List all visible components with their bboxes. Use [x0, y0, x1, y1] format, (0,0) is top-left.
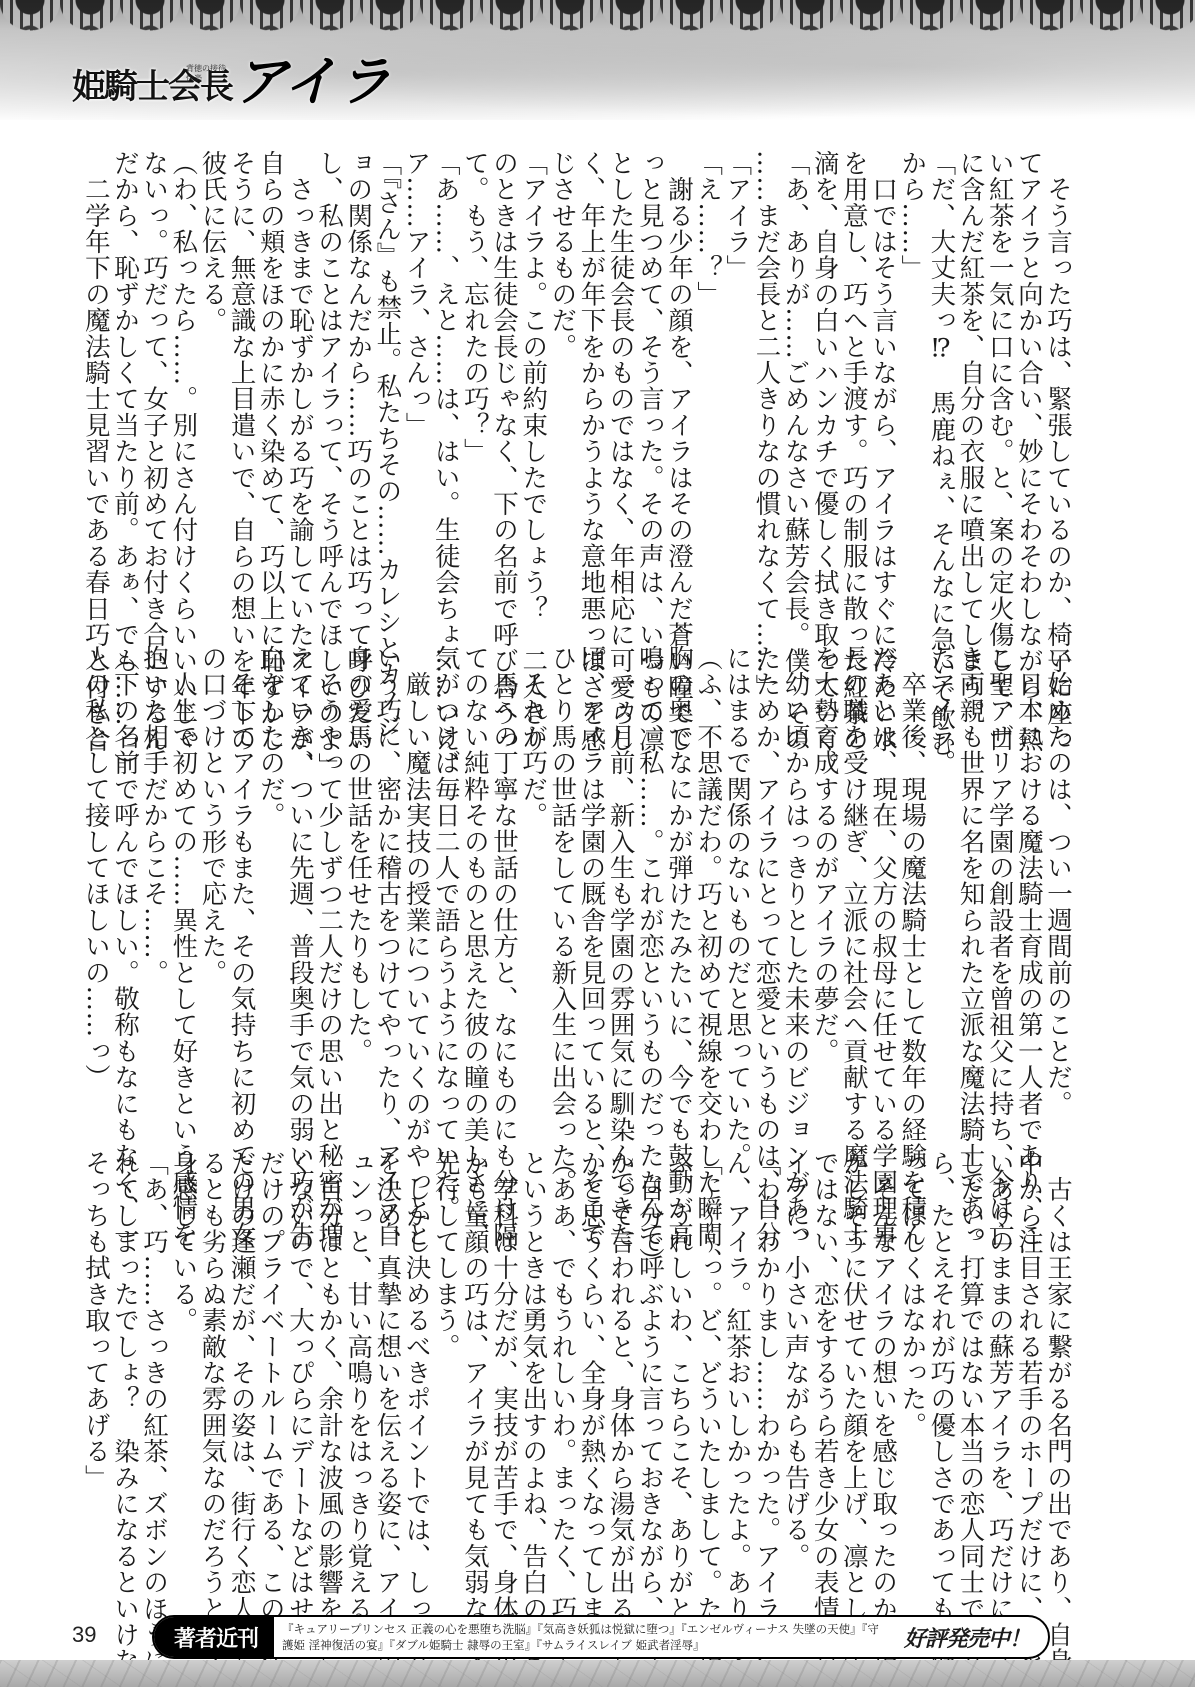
text-line: 自らの頬をほのかに赤く染めて、巧以上に恥ずかし	[256, 150, 285, 600]
text-line: 抱いた相手だからこそ……。	[139, 645, 168, 1095]
text-line: だけのプライベートルームである、この生徒会長室	[256, 1150, 285, 1600]
text-tier-3: 古くは王家に繋がる名門の出であり、自身も日本中から注目される若手のホープだけに、…	[72, 1150, 1072, 1600]
text-line: 胸の奥でなにかが弾けたみたいに、今でも鼓動が高	[664, 645, 693, 1095]
text-line: 「〜〜〜っ。ど、どういたしまして。た、巧。ふ	[693, 1150, 722, 1600]
text-line: そっちも拭き取ってあげる」	[81, 1150, 110, 1600]
text-line: 日本における魔法騎士育成の第一人者であり、こ	[1014, 645, 1043, 1095]
text-line: 鳴って、私……。これが恋というものだったなんて）	[635, 645, 664, 1095]
text-tier-2: い始めたのは、つい一週間前のことだ。 日本における魔法騎士育成の第一人者であり、…	[72, 645, 1072, 1095]
text-line: い始めたのは、つい一週間前のことだ。	[1043, 645, 1072, 1095]
text-line: 一ヵ月前、新入生も学園の雰囲気に馴染んできた	[606, 645, 635, 1095]
text-line: かしそうに伏せていた顔を上げ、凛とした生徒会長	[839, 1150, 868, 1600]
text-line: それが巧だ。	[518, 645, 547, 1095]
text-line: ないっ。巧だって、女子と初めてお付き合いするん	[139, 150, 168, 600]
text-line: を決め、真摯に想いを伝える姿に、アイラの心がキ	[372, 1150, 401, 1600]
text-line: のときは生徒会長じゃなく、下の名前で呼び合うっ	[489, 150, 518, 600]
text-line: 二学年下の魔法騎士見習いである春日巧と付き合	[81, 150, 110, 600]
text-line: というときは勇気を出すのよね、告白のときも……）	[518, 1150, 547, 1600]
text-line: 馬への丁寧な世話の仕方と、なにものにも分け隔	[489, 645, 518, 1095]
text-line: ん、アイラ。紅茶おいしかったよ。ありがとう」	[722, 1150, 751, 1600]
text-line: から……」	[897, 150, 926, 600]
text-line: じさせるものだ。	[547, 150, 576, 600]
footer-texture	[0, 1660, 1195, 1687]
text-line: 「わ、わかりまし……わかった。アイラさ……うう	[751, 1150, 780, 1600]
text-line: ふ、うれしいわ、こちらこそ、ありがとう」	[664, 1150, 693, 1600]
text-line: 先行してしまう。	[431, 1150, 460, 1600]
text-line: たためか、アイラにとって恋愛というものは、自分	[751, 645, 780, 1095]
text-line: っと見つめて、そう言った。その声は、いつもの凛	[635, 150, 664, 600]
series-logo: 姫騎士会長 アイラ	[72, 38, 391, 108]
text-line: ではない、恋をするうら若き少女の表情を見せるア	[810, 1150, 839, 1600]
text-tier-1: そう言った巧は、緊張しているのか、椅子に座ってアイラと向かい合い、妙にそわそわし…	[72, 150, 1072, 600]
text-line: しかし決めるべきポイントでは、しっかりと覚悟	[401, 1150, 430, 1600]
banner-now-on-sale: 好評発売中！	[896, 1617, 1048, 1657]
text-line: き両親も世界に名を知られた立派な魔法騎士であっ	[955, 645, 984, 1095]
text-line: 自分で呼ぶように言っておきながら、いざ面と向	[635, 1150, 664, 1600]
text-line: ュンっと、甘い高鳴りをはっきり覚える。	[343, 1150, 372, 1600]
text-line: そうに、無意識な上目遣いで、自らの想いを年下の	[226, 150, 255, 600]
text-line: かも童顔の巧は、アイラが見ても気弱なイメージが	[460, 1150, 489, 1600]
text-line: ら、たとえそれが巧の優しさであっても、壁をつく	[926, 1150, 955, 1600]
text-line: 厳しい魔法実技の授業についていくのがやっとと	[401, 645, 430, 1095]
text-line: そうやって少しずつ二人だけの思い出と秘密が増	[314, 645, 343, 1095]
text-line: 「『さん』も禁止。私たちその……カレシとカノジ	[372, 150, 401, 600]
text-line: 人生で初めての……異性として好きという感情を	[168, 645, 197, 1095]
text-line: たアイラ。	[926, 645, 955, 1095]
text-line: くないので、大っぴらにデートなどはせず、アイラ	[285, 1150, 314, 1600]
text-line: そう言った巧は、緊張しているのか、椅子に座っ	[1043, 150, 1072, 600]
text-line: し、私のことはアイラって、そう呼んでほしいのよ」	[314, 150, 343, 600]
banner-titles-line-1: 『キュアリープリンセス 正義の心を悪堕ち洗脳』『気高き妖狐は悦獄に堕つ』『エンゼ…	[282, 1621, 888, 1637]
text-line: 卒業後、現場の魔法騎士として数年の経験を積ん	[897, 645, 926, 1095]
text-line: だけの逢瀬だが、その姿は、街行く恋人たちにも勝	[226, 1150, 255, 1600]
text-line: とした生徒会長のものではなく、年相応に可愛らし	[606, 150, 635, 600]
text-line: 身感じている。	[168, 1150, 197, 1600]
text-line: ってほしくはなかった。	[897, 1150, 926, 1600]
text-line: 滴を、自身の白いハンカチで優しく拭き取っていく。	[810, 150, 839, 600]
text-line: にはまるで関係のないものだと思っていた。	[722, 645, 751, 1095]
text-line: （下の名前で呼んでほしい。敬称もなにもなく、一	[110, 645, 139, 1095]
logo-title-kana: アイラ	[234, 54, 391, 108]
text-line: こ聖アザリア学園の創設者を曾祖父に持ち、今は亡	[985, 645, 1014, 1095]
text-line: したい。打算ではない本当の恋人同士でありたいか	[955, 1150, 984, 1600]
text-line: 謝る少年の顔を、アイラはその澄んだ蒼い瞳でじ	[664, 150, 693, 600]
text-line: 彼氏に伝える。	[197, 150, 226, 600]
text-line: そしてアイラもまた、その気持ちに初めての男女	[226, 645, 255, 1095]
text-line: れてしまったでしょ？ 染みになるといけないわ。	[110, 1150, 139, 1600]
text-line: （わ、私ったら……。別にさん付けくらいいいじゃ	[168, 150, 197, 600]
text-line: （ふ、不思議だわ。巧と初めて視線を交わした瞬間、	[693, 645, 722, 1095]
text-line: 白をしたのだ。	[256, 645, 285, 1095]
lace-border-decoration	[0, 0, 1195, 38]
text-line: 学科は十分だが、実技が苦手で、身体も小柄。し	[489, 1150, 518, 1600]
text-line: 自分はともかく、余計な波風の影響を巧に与えた	[314, 1150, 343, 1600]
text-line: さっきまで恥ずかしがる巧を諭していたアイラが、	[285, 150, 314, 600]
text-line: てのない純粋そのものと思えた彼の瞳の美しさに、	[460, 645, 489, 1095]
text-line: 口ではそう言いながら、アイラはすぐに冷たい水	[868, 150, 897, 600]
text-line: ひとり馬の世話をしている新入生に出会った。	[547, 645, 576, 1095]
text-line: 「あ、ありが……ごめんなさい蘇芳会長。僕、その	[780, 150, 809, 600]
text-line: 中から注目される若手のホープだけに、気を張らな	[1014, 1150, 1043, 1600]
text-line: 「あ……、えと……は、はい。生徒会ちょ……いえ、	[431, 150, 460, 600]
text-line: く、年上が年下をからかうような意地悪っぽさを感	[576, 150, 605, 600]
text-line: るとも劣らぬ素敵な雰囲気なのだろうと、アイラ自	[197, 1150, 226, 1600]
text-line: 「え……？」	[693, 150, 722, 600]
text-line: えていき、ついに先週、普段奥手で気の弱い巧が告	[285, 645, 314, 1095]
text-line: 「アイラよ。この前約束したでしょう？ 二人きり	[518, 150, 547, 600]
text-line: 頃、アイラは学園の厩舎を見回っていると、そこで	[576, 645, 605, 1095]
text-line: そんなアイラの想いを感じ取ったのか、巧も恥ず	[868, 1150, 897, 1600]
text-line: て。もう、忘れたの巧？」	[460, 150, 489, 600]
text-line: （ああ、でもうれしいわ。まったく、巧って、いざ	[547, 1150, 576, 1600]
banner-label: 著者近刊	[154, 1617, 272, 1657]
text-line: 身の愛馬の世話を任せたりもした。	[343, 645, 372, 1095]
text-line: 「あ、巧……さっきの紅茶、ズボンのほうにもこぼ	[139, 1150, 168, 1600]
logo-subtitle: 背徳の接待快楽	[186, 64, 226, 84]
text-line: を大勢育成するのがアイラの夢だ。	[810, 645, 839, 1095]
text-line: かって言われると、身体から湯気が出るんじゃない	[606, 1150, 635, 1600]
text-line: 人の私として接してほしいの……っ）	[81, 645, 110, 1095]
text-line: だあとは、現在、父方の叔母に任せている学園理事	[868, 645, 897, 1095]
banner-titles-line-2: 護姫 淫神復活の宴』『ダブル姫騎士 隷辱の王室』『サムライスレイブ 姫武者淫辱』	[282, 1637, 888, 1653]
banner-titles: 『キュアリープリンセス 正義の心を悪堕ち洗脳』『気高き妖狐は悦獄に堕つ』『エンゼ…	[272, 1617, 896, 1657]
text-line: の口づけという形で応えた。	[197, 645, 226, 1095]
text-line: を用意し、巧へと手渡す。巧の制服に散った紅茶の	[839, 150, 868, 600]
text-line: 長の職を受け継ぎ、立派に社会へ貢献する魔法騎士	[839, 645, 868, 1095]
text-line: ョの関係なんだから……巧のことは巧って呼びたい	[343, 150, 372, 600]
author-releases-banner: 著者近刊 『キュアリープリンセス 正義の心を悪堕ち洗脳』『気高き妖狐は悦獄に堕つ…	[152, 1615, 1050, 1659]
text-line: いう巧に、密かに稽古をつけてやったり、アイラ自	[372, 645, 401, 1095]
text-line: だから、恥ずかしくて当たり前。あぁ、でも……っ）	[110, 150, 139, 600]
text-line: 幼い頃からはっきりとした未来のビジョンがあっ	[780, 645, 809, 1095]
text-line: イラに、小さい声ながらも告げる。	[780, 1150, 809, 1600]
text-line: 「だ、大丈夫っ⁉ 馬鹿ねぇ、そんなに急いで飲む	[926, 150, 955, 600]
text-line: に含んだ紅茶を、自分の衣服に噴出してしまう。	[955, 150, 984, 600]
text-line: い紅茶を一気に口に含む。と、案の定火傷して、口	[985, 150, 1014, 600]
text-line: いありのままの蘇芳アイラを、巧だけにはさらけ出	[985, 1150, 1014, 1600]
text-line: ……まだ会長と二人きりなの慣れなくて……」	[751, 150, 780, 600]
text-line: かと思うくらい、全身が熱くなってしまう。	[576, 1150, 605, 1600]
text-line: てアイラと向かい合い、妙にそわそわしながら、熱	[1014, 150, 1043, 600]
text-line: ア……アイラ、さんっ」	[401, 150, 430, 600]
text-line: 「アイラ」	[722, 150, 751, 600]
page-number: 39	[72, 1622, 96, 1648]
text-line: 気がつけば毎日二人で語らうようになっていた。	[431, 645, 460, 1095]
text-line: 古くは王家に繋がる名門の出であり、自身も日本	[1043, 1150, 1072, 1600]
